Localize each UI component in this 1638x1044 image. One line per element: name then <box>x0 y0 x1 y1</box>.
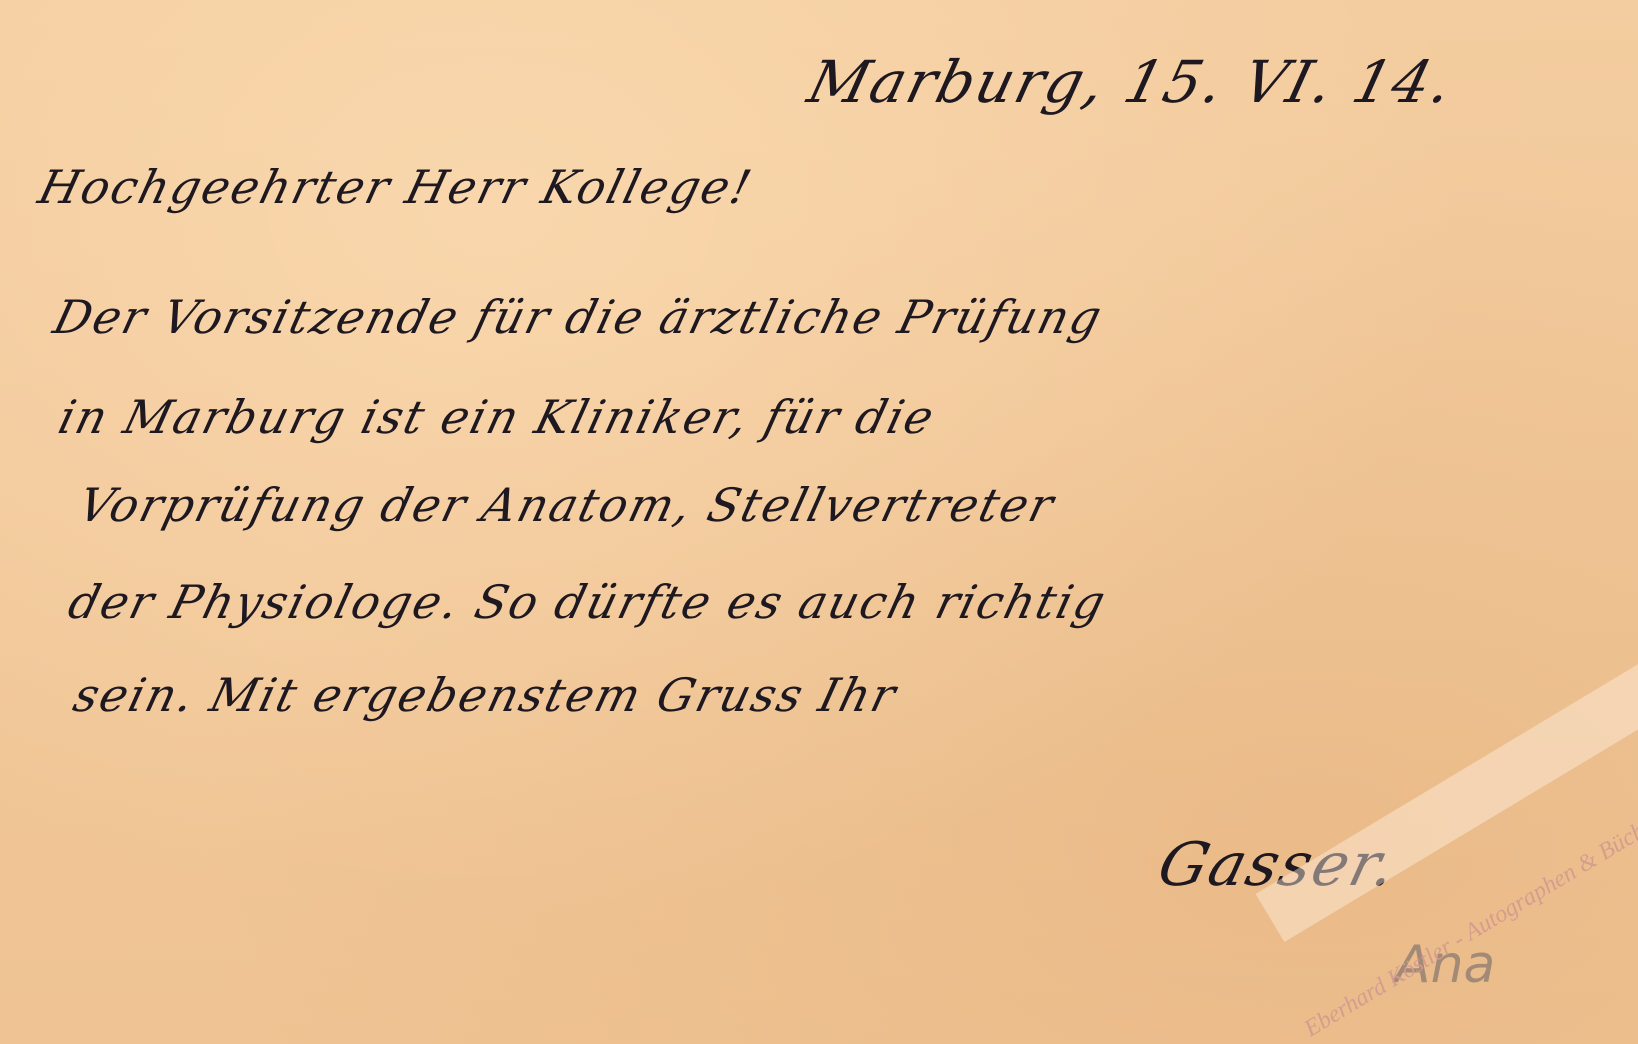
body-line-4: der Physiologe. So dürfte es auch richti… <box>63 575 1112 629</box>
body-line-2: in Marburg ist ein Kliniker, für die <box>53 390 941 444</box>
body-line-3: Vorprüfung der Anatom, Stellvertreter <box>73 478 1060 532</box>
salutation: Hochgeehrter Herr Kollege! <box>33 160 758 214</box>
postcard: Marburg, 15. VI. 14. Hochgeehrter Herr K… <box>0 0 1638 1044</box>
dateline: Marburg, 15. VI. 14. <box>802 48 1461 116</box>
body-line-1: Der Vorsitzende für die ärztliche Prüfun… <box>48 290 1108 344</box>
watermark-band <box>1256 657 1638 942</box>
body-line-5: sein. Mit ergebenstem Gruss Ihr <box>68 668 903 722</box>
